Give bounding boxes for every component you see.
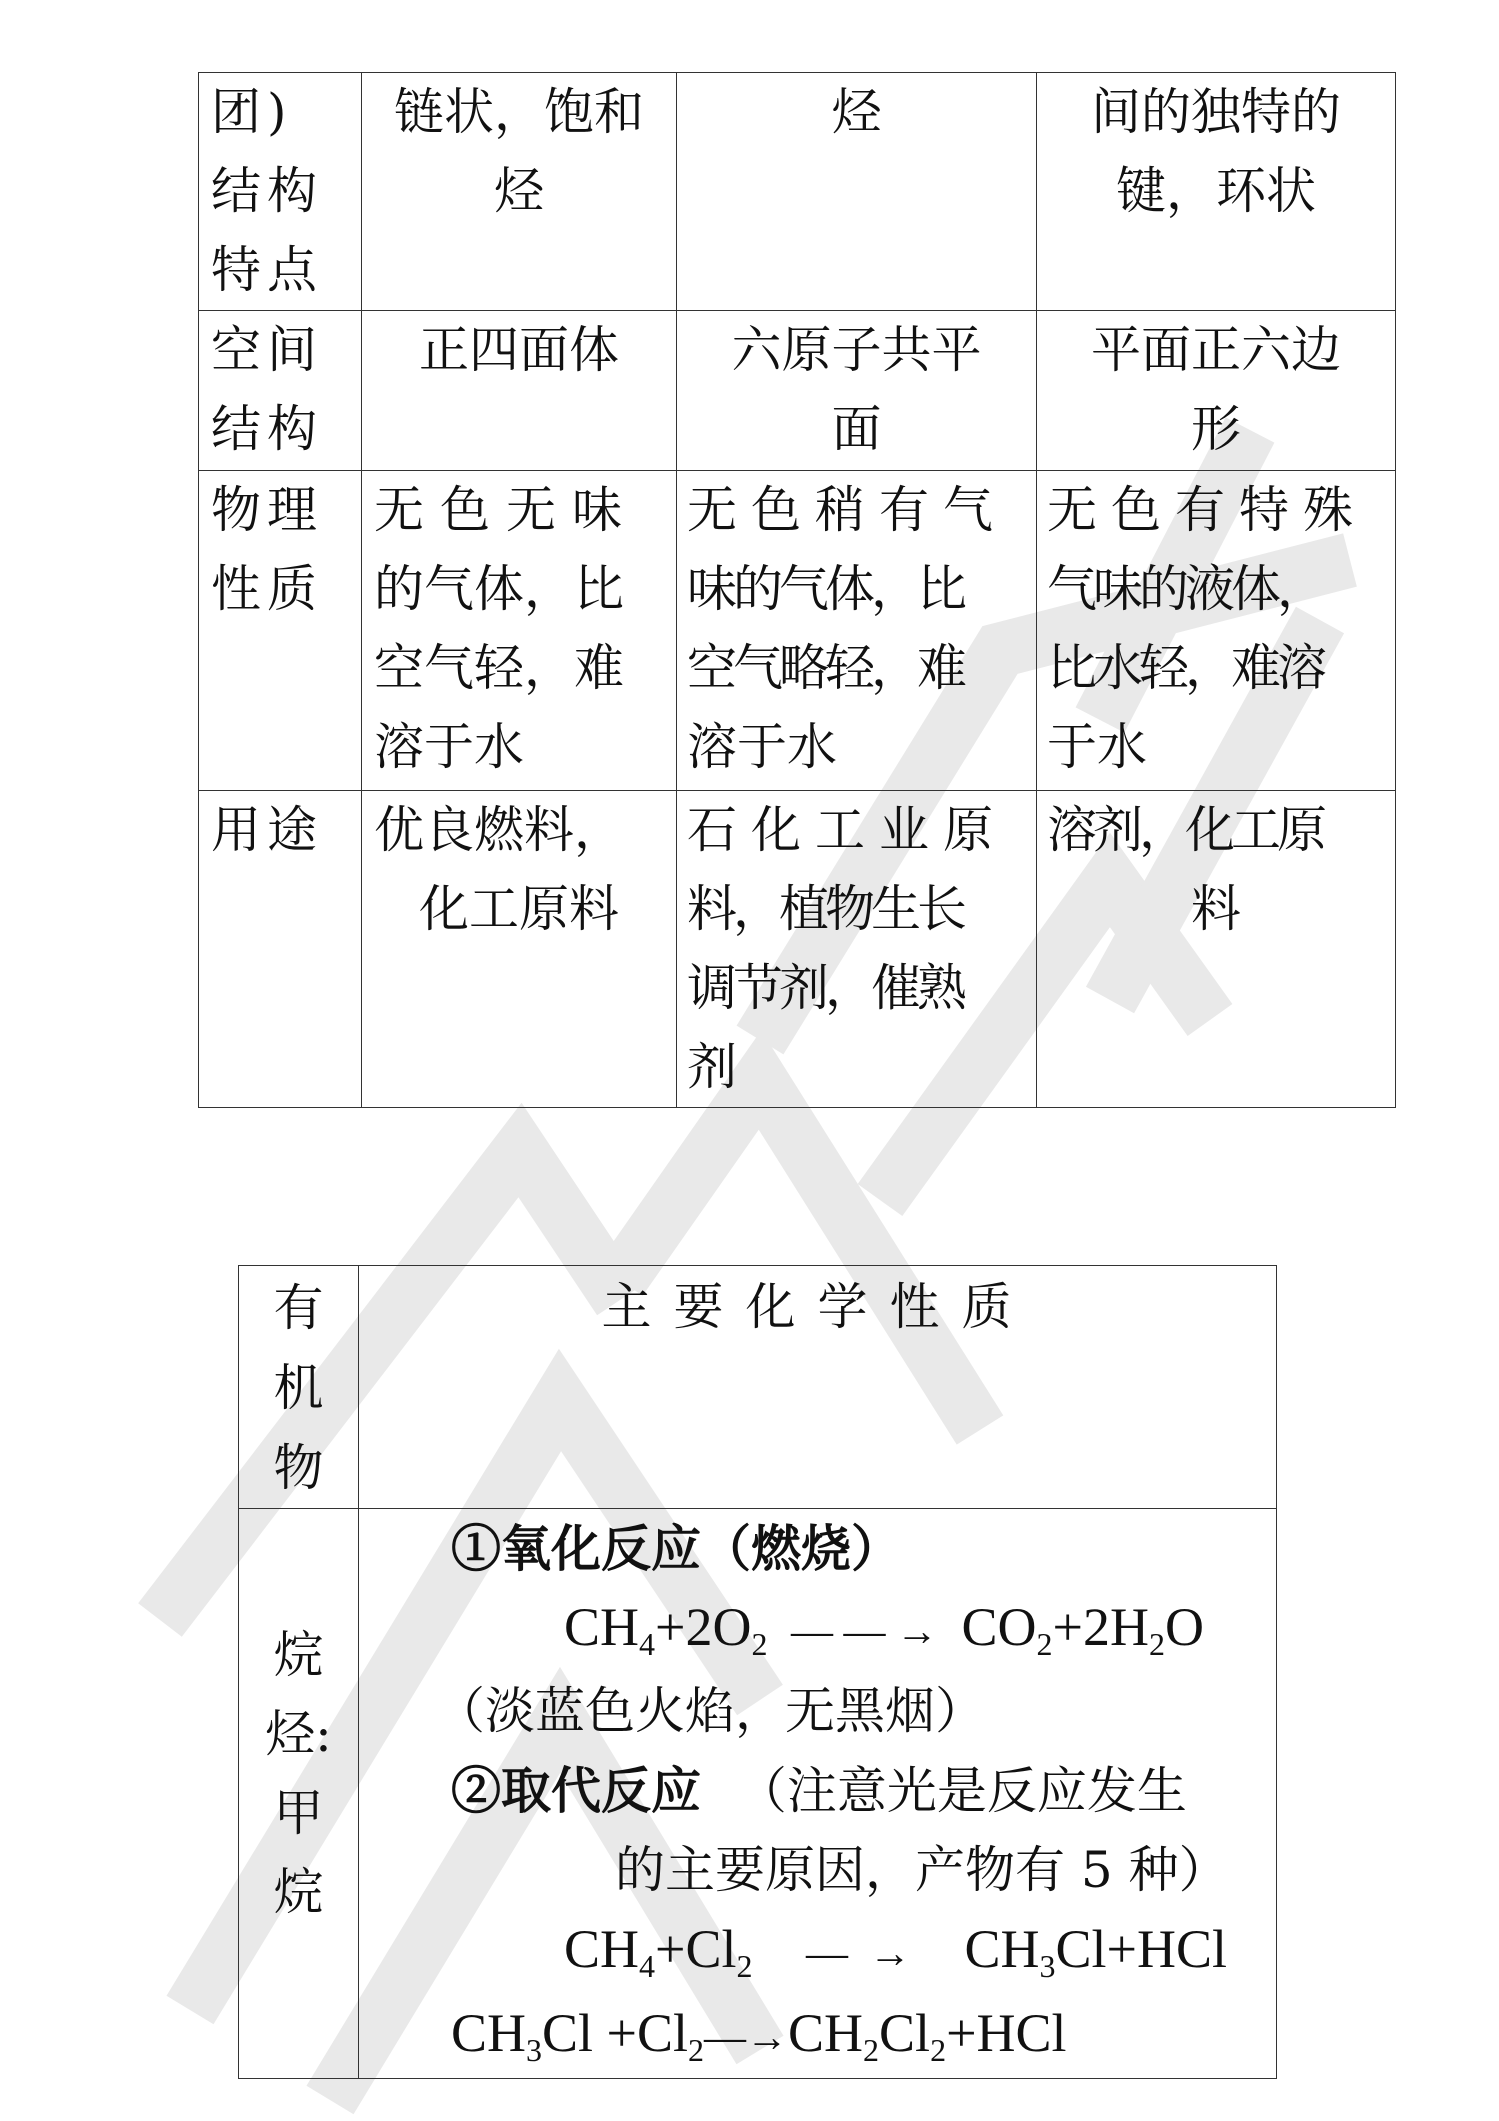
cell-line: 味的气体，比 xyxy=(687,550,1026,629)
cell-line: 烃: xyxy=(239,1695,358,1774)
reaction-substitution-line: ②取代反应 （注意光是反应发生 xyxy=(359,1751,1276,1831)
table-row-physical-properties: 物理 性质 无色无味 的气体，比 空气轻，难 溶于水 无色稍有气 味的气体，比 … xyxy=(199,471,1396,791)
cell-benzene-structure: 间的独特的 键，环状 xyxy=(1037,73,1396,311)
subscript: 2 xyxy=(930,2032,946,2068)
cell-line: 溶于水 xyxy=(374,708,664,787)
header-organic-compound: 有 机 物 xyxy=(239,1266,359,1509)
formula-part: CH xyxy=(564,1919,639,1979)
cell-line: 结构 xyxy=(211,152,357,231)
equation-substitution-2: CH3Cl +Cl2—→CH2Cl2+HCl xyxy=(359,1994,1276,2078)
cell-line: 键，环状 xyxy=(1047,152,1385,231)
cell-line: 物理 xyxy=(211,471,357,550)
cell-line: 特点 xyxy=(211,231,357,310)
subscript: 2 xyxy=(737,1948,753,1984)
reaction-arrow: — → xyxy=(766,1931,951,1977)
cell-ethylene-physical: 无色稍有气 味的气体，比 空气略轻，难 溶于水 xyxy=(677,471,1037,791)
cell-line: 优良燃料， xyxy=(374,791,664,870)
cell-ethylene-spatial: 六原子共平 面 xyxy=(677,311,1037,471)
cell-line: 面 xyxy=(687,390,1026,469)
cell-line: 有 xyxy=(239,1268,358,1348)
cell-line: 用途 xyxy=(211,791,357,870)
cell-line: 链状，饱和 xyxy=(374,73,664,152)
formula-part: +2O xyxy=(655,1597,751,1657)
cell-line: 石化工业原 xyxy=(687,791,1026,870)
subscript: 2 xyxy=(1149,1626,1165,1662)
row-label-physical-properties: 物理 性质 xyxy=(199,471,362,791)
table-row-alkane-methane: 烷 烃: 甲 烷 ①氧化反应（燃烧） CH4+2O2 — — → CO2+2H2… xyxy=(239,1509,1277,2079)
cell-line: 六原子共平 xyxy=(687,311,1026,390)
cell-methane-physical: 无色无味 的气体，比 空气轻，难 溶于水 xyxy=(362,471,677,791)
cell-line: 烷 xyxy=(239,1853,358,1932)
cell-line: 气味的液体， xyxy=(1047,550,1385,629)
row-label-structure: 团) 结构 特点 xyxy=(199,73,362,311)
cell-line: 溶于水 xyxy=(687,708,1026,787)
cell-benzene-uses: 溶剂，化工原 料 xyxy=(1037,791,1396,1108)
cell-line: 机 xyxy=(239,1348,358,1428)
subscript: 3 xyxy=(526,2032,542,2068)
cell-line: 结构 xyxy=(211,390,357,469)
formula-part: +2H xyxy=(1052,1597,1148,1657)
cell-line: 团) xyxy=(211,73,357,152)
cell-line: 平面正六边 xyxy=(1047,311,1385,390)
substitution-note-2: 的主要原因，产物有 5 种） xyxy=(359,1831,1276,1910)
cell-line: 无色稍有气 xyxy=(687,471,1026,550)
cell-line: 正四面体 xyxy=(374,311,664,390)
hydrocarbon-comparison-table: 团) 结构 特点 链状，饱和 烃 烃 间的独特的 键，环状 空间 结构 正四面体 xyxy=(198,72,1396,1108)
formula-part: Cl+HCl xyxy=(1056,1919,1228,1979)
reaction-arrow: — — → xyxy=(781,1609,948,1655)
cell-line: 比水轻，难溶 xyxy=(1047,629,1385,708)
cell-line: 烃 xyxy=(374,152,664,231)
subscript: 4 xyxy=(639,1948,655,1984)
cell-line: 烷 xyxy=(239,1616,358,1695)
formula-part: CO xyxy=(961,1597,1036,1657)
cell-line: 溶剂，化工原 xyxy=(1047,791,1385,870)
cell-line: 物 xyxy=(239,1428,358,1508)
header-text: 主要化学性质 xyxy=(359,1268,1276,1347)
subscript: 3 xyxy=(1040,1948,1056,1984)
table-row-structure: 团) 结构 特点 链状，饱和 烃 烃 间的独特的 键，环状 xyxy=(199,73,1396,311)
formula-part: Cl xyxy=(879,2003,930,2063)
subscript: 2 xyxy=(751,1626,767,1662)
cell-line: 无色有特殊 xyxy=(1047,471,1385,550)
cell-line: 化工原料 xyxy=(374,870,664,949)
substitution-note-1: （注意光是反应发生 xyxy=(717,1762,1187,1820)
header-main-chemical-properties: 主要化学性质 xyxy=(359,1266,1277,1509)
cell-ethylene-structure: 烃 xyxy=(677,73,1037,311)
cell-line: 空气轻，难 xyxy=(374,629,664,708)
reaction-arrow: —→ xyxy=(704,2015,788,2061)
row-label-spatial-structure: 空间 结构 xyxy=(199,311,362,471)
formula-part: CH xyxy=(451,2003,526,2063)
formula-part: CH xyxy=(965,1919,1040,1979)
cell-line: 于水 xyxy=(1047,708,1385,787)
formula-part: +HCl xyxy=(946,2003,1066,2063)
table-row-spatial-structure: 空间 结构 正四面体 六原子共平 面 平面正六边 形 xyxy=(199,311,1396,471)
cell-methane-uses: 优良燃料， 化工原料 xyxy=(362,791,677,1108)
subscript: 2 xyxy=(863,2032,879,2068)
subscript: 2 xyxy=(1036,1626,1052,1662)
equation-combustion: CH4+2O2 — — → CO2+2H2O xyxy=(359,1588,1276,1672)
cell-line: 性质 xyxy=(211,550,357,629)
cell-benzene-physical: 无色有特殊 气味的液体， 比水轻，难溶 于水 xyxy=(1037,471,1396,791)
cell-line: 剂 xyxy=(687,1028,1026,1107)
formula-part: CH xyxy=(564,1597,639,1657)
cell-line: 形 xyxy=(1047,390,1385,469)
cell-line: 的气体，比 xyxy=(374,550,664,629)
cell-ethylene-uses: 石化工业原 料，植物生长 调节剂，催熟 剂 xyxy=(677,791,1037,1108)
formula-part: O xyxy=(1165,1597,1204,1657)
subscript: 4 xyxy=(639,1626,655,1662)
formula-part: CH xyxy=(788,2003,863,2063)
cell-methane-structure: 链状，饱和 烃 xyxy=(362,73,677,311)
formula-part: Cl +Cl xyxy=(542,2003,688,2063)
cell-line: 料 xyxy=(1047,870,1385,949)
cell-methane-reactions: ①氧化反应（燃烧） CH4+2O2 — — → CO2+2H2O （淡蓝色火焰，… xyxy=(359,1509,1277,2079)
cell-line: 空间 xyxy=(211,311,357,390)
combustion-note: （淡蓝色火焰，无黑烟） xyxy=(359,1672,1276,1751)
cell-methane-spatial: 正四面体 xyxy=(362,311,677,471)
cell-line: 烃 xyxy=(687,73,1026,152)
reaction-substitution-title: ②取代反应 xyxy=(451,1761,701,1820)
table-header-row: 有 机 物 主要化学性质 xyxy=(239,1266,1277,1509)
cell-line: 无色无味 xyxy=(374,471,664,550)
chemical-properties-table: 有 机 物 主要化学性质 烷 烃: 甲 烷 ①氧化反应（燃烧） CH4+2O2 … xyxy=(238,1265,1277,2079)
cell-line: 调节剂，催熟 xyxy=(687,949,1026,1028)
cell-line: 空气略轻，难 xyxy=(687,629,1026,708)
table-row-uses: 用途 优良燃料， 化工原料 石化工业原 料，植物生长 调节剂，催熟 剂 溶剂，化… xyxy=(199,791,1396,1108)
cell-benzene-spatial: 平面正六边 形 xyxy=(1037,311,1396,471)
subscript: 2 xyxy=(688,2032,704,2068)
reaction-oxidation-title: ①氧化反应（燃烧） xyxy=(359,1509,1276,1588)
row-label-uses: 用途 xyxy=(199,791,362,1108)
formula-part: +Cl xyxy=(655,1919,736,1979)
cell-line: 料，植物生长 xyxy=(687,870,1026,949)
row-label-alkane-methane: 烷 烃: 甲 烷 xyxy=(239,1509,359,2079)
equation-substitution-1: CH4+Cl2 — → CH3Cl+HCl xyxy=(359,1910,1276,1994)
cell-line: 间的独特的 xyxy=(1047,73,1385,152)
cell-line: 甲 xyxy=(239,1774,358,1853)
